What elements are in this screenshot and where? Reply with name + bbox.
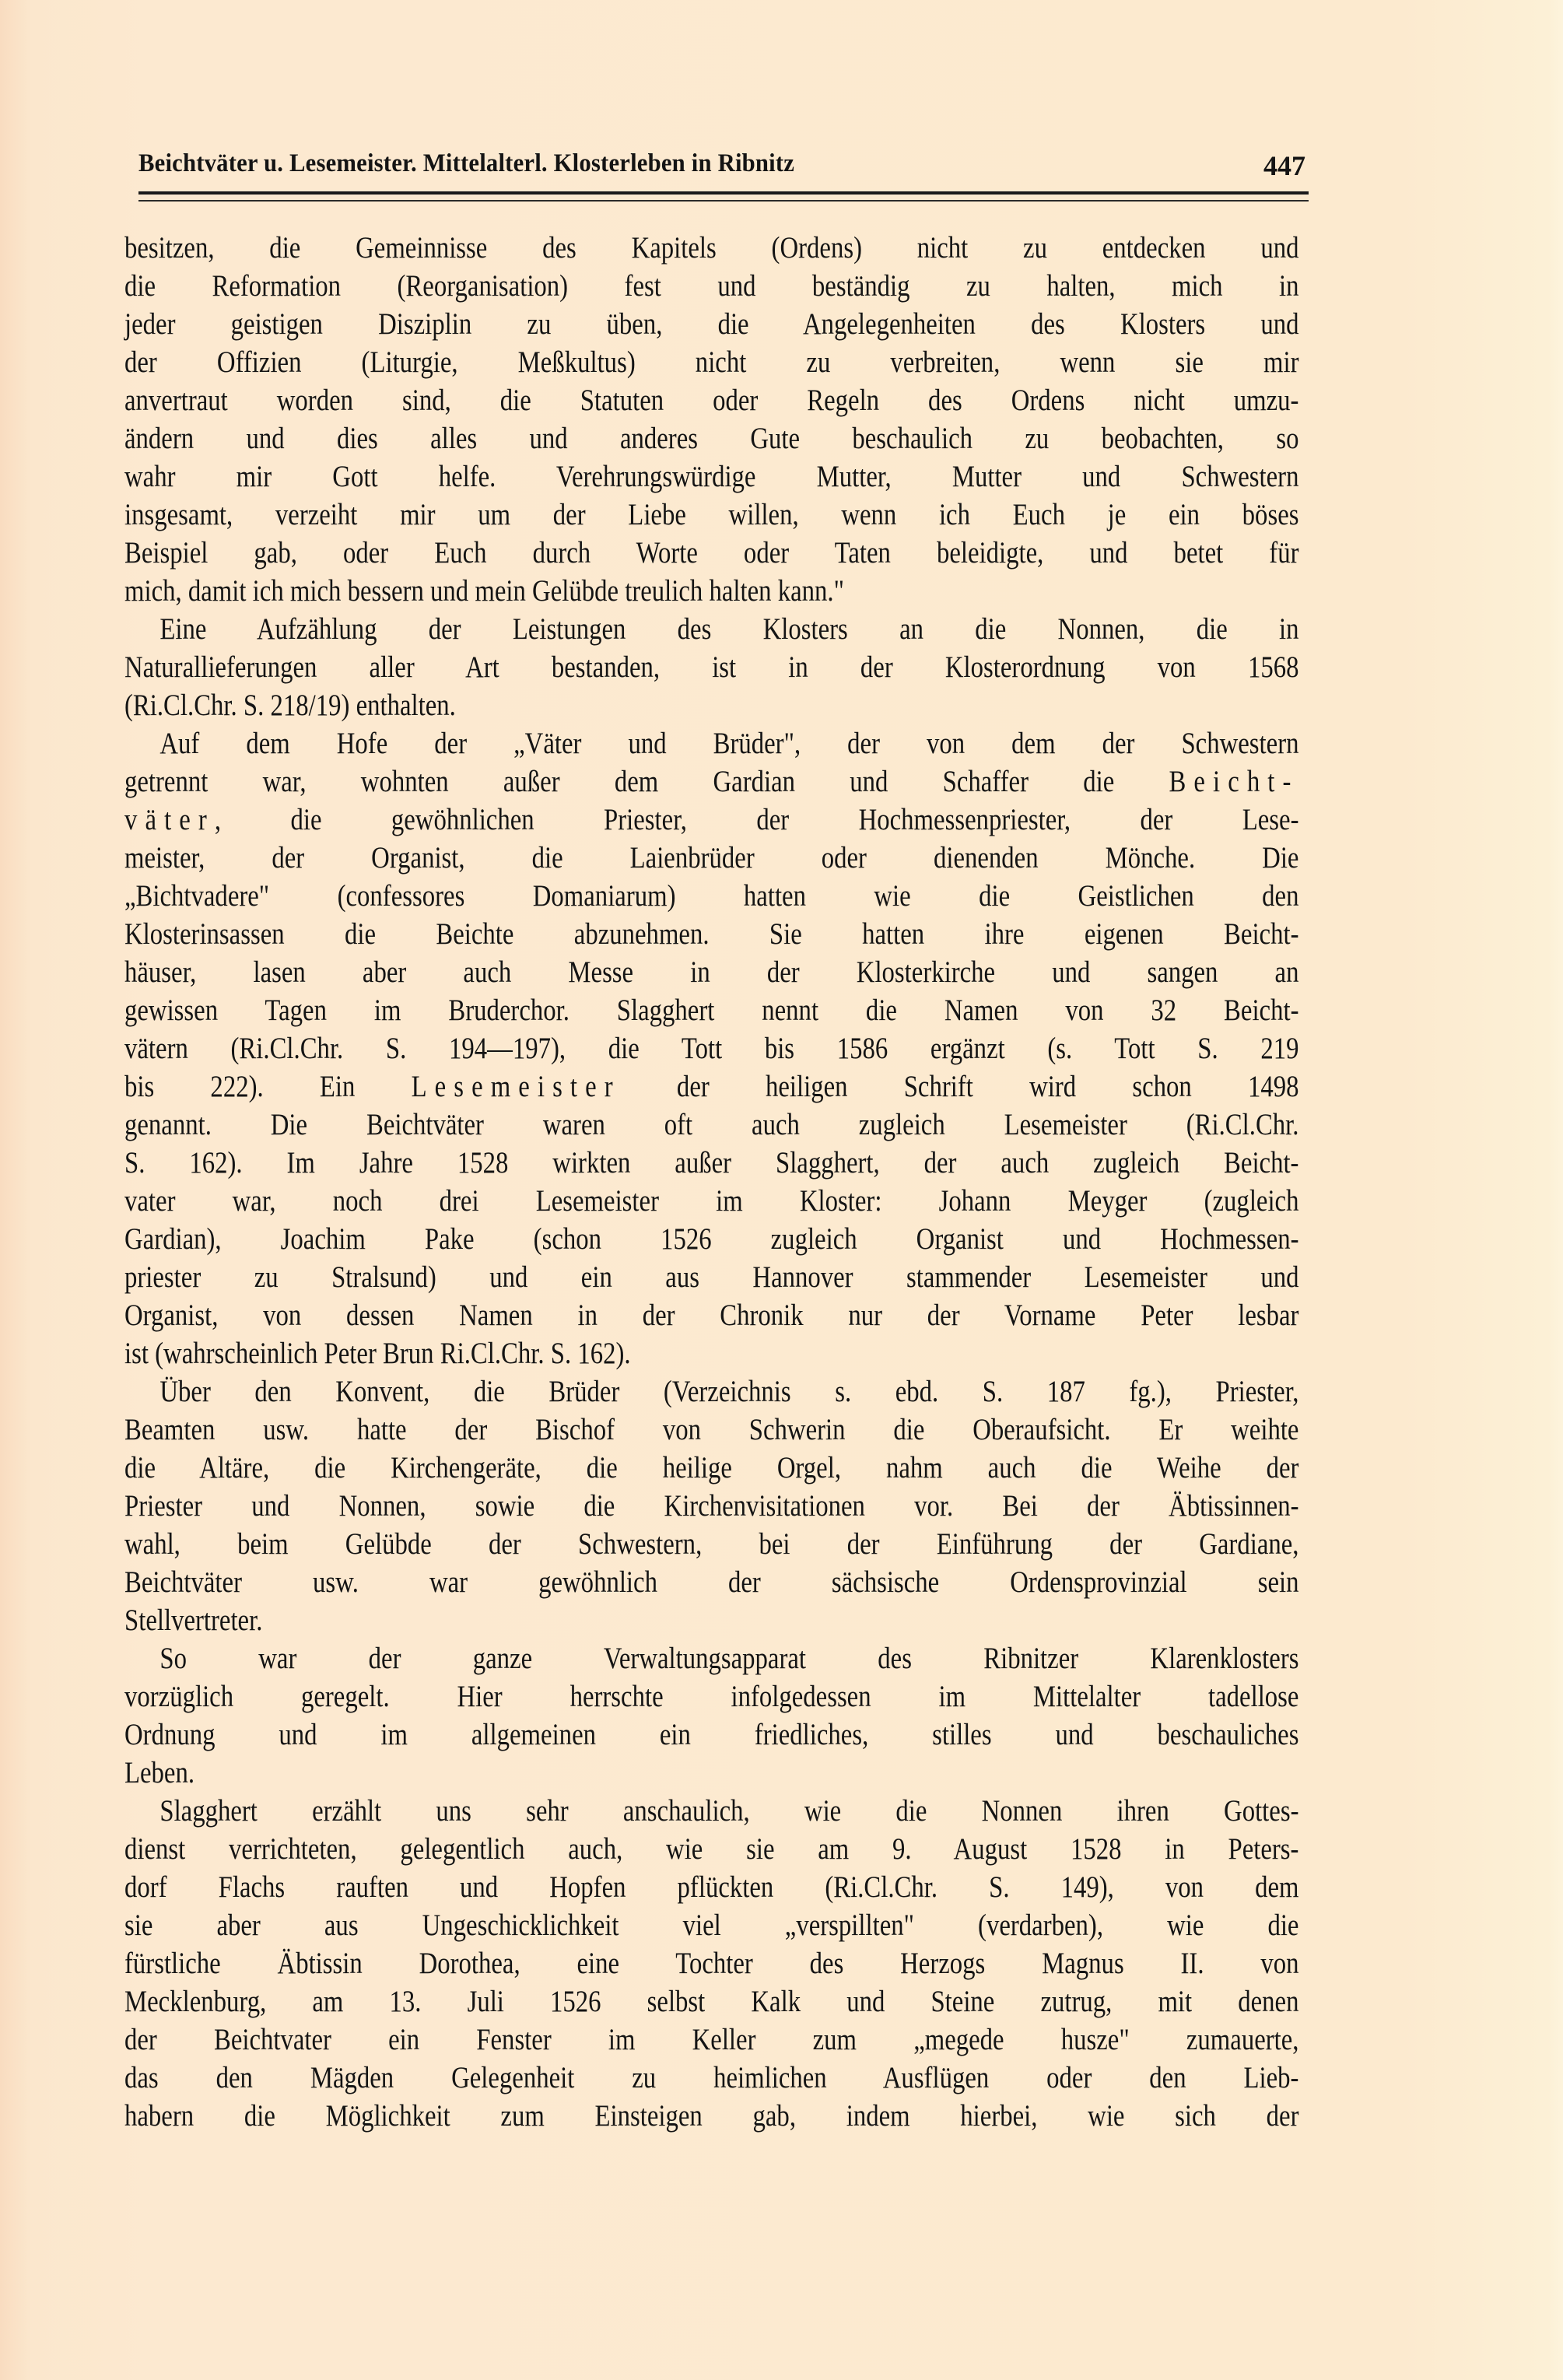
text-line: Gardian), Joachim Pake (schon 1526 zugle… — [124, 1220, 1298, 1258]
text-line: bis 222). Ein Lesemeister der heiligen S… — [124, 1067, 1298, 1106]
text-line: getrennt war, wohnten außer dem Gardian … — [124, 762, 1298, 801]
text-line: wahl, beim Gelübde der Schwestern, bei d… — [124, 1525, 1298, 1563]
text-line: Beichtväter usw. war gewöhnlich der säch… — [124, 1563, 1298, 1601]
header-rule-thick — [138, 191, 1309, 195]
text-line: die Reformation (Reorganisation) fest un… — [124, 267, 1298, 305]
text-line: Organist, von dessen Namen in der Chroni… — [124, 1296, 1298, 1334]
text-line: häuser, lasen aber auch Messe in der Klo… — [124, 953, 1298, 991]
text-line: Stellvertreter. — [124, 1601, 1298, 1639]
header-rule-thin — [138, 200, 1309, 202]
paragraph: Auf dem Hofe der „Väter und Brüder", der… — [124, 724, 1299, 1372]
text-line: Über den Konvent, die Brüder (Verzeichni… — [124, 1372, 1298, 1411]
text-line: dorf Flachs rauften und Hopfen pflückten… — [124, 1868, 1298, 1906]
text-line: Klosterinsassen die Beichte abzunehmen. … — [124, 915, 1298, 953]
text-line: vorzüglich geregelt. Hier herrschte info… — [124, 1677, 1298, 1716]
paragraph: Über den Konvent, die Brüder (Verzeichni… — [124, 1372, 1299, 1639]
text-line: wahr mir Gott helfe. Verehrungswürdige M… — [124, 457, 1298, 496]
text-line: Beamten usw. hatte der Bischof von Schwe… — [124, 1411, 1298, 1449]
text-line: vater war, noch drei Lesemeister im Klos… — [124, 1182, 1298, 1220]
text-line: So war der ganze Verwaltungsapparat des … — [124, 1639, 1298, 1677]
text-line: anvertraut worden sind, die Statuten ode… — [124, 381, 1298, 419]
emphasized-term: Lesemeister — [412, 1070, 621, 1103]
text-line: Auf dem Hofe der „Väter und Brüder", der… — [124, 724, 1298, 762]
body-text: besitzen, die Gemeinnisse des Kapitels (… — [124, 229, 1299, 2135]
paragraph: Slagghert erzählt uns sehr anschaulich, … — [124, 1792, 1299, 2135]
text-line: ändern und dies alles und anderes Gute b… — [124, 419, 1298, 457]
text-line: mich, damit ich mich bessern und mein Ge… — [124, 572, 1298, 610]
text-line: priester zu Stralsund) und ein aus Hanno… — [124, 1258, 1298, 1296]
text-line: vätern (Ri.Cl.Chr. S. 194—197), die Tott… — [124, 1029, 1298, 1067]
text-line: Slagghert erzählt uns sehr anschaulich, … — [124, 1792, 1298, 1830]
text-line: Naturallieferungen aller Art bestanden, … — [124, 648, 1298, 686]
page-number: 447 — [1263, 149, 1305, 182]
running-head: Beichtväter u. Lesemeister. Mittelalterl… — [138, 149, 1305, 188]
text-line: insgesamt, verzeiht mir um der Liebe wil… — [124, 496, 1298, 534]
text-line: „Bichtvadere" (confessores Domaniarum) h… — [124, 877, 1298, 915]
text-line: das den Mägden Gelegenheit zu heimlichen… — [124, 2059, 1298, 2097]
text-line: sie aber aus Ungeschicklichkeit viel „ve… — [124, 1906, 1298, 1944]
emphasized-term: Beicht- — [1169, 765, 1298, 798]
text-line: ist (wahrscheinlich Peter Brun Ri.Cl.Chr… — [124, 1334, 1298, 1372]
text-line: meister, der Organist, die Laienbrüder o… — [124, 839, 1298, 877]
text-line: der Beichtvater ein Fenster im Keller zu… — [124, 2021, 1298, 2059]
text-line: die Altäre, die Kirchengeräte, die heili… — [124, 1449, 1298, 1487]
text-line: Priester und Nonnen, sowie die Kirchenvi… — [124, 1487, 1298, 1525]
text-line: S. 162). Im Jahre 1528 wirkten außer Sla… — [124, 1144, 1298, 1182]
text-line: der Offizien (Liturgie, Meßkultus) nicht… — [124, 343, 1298, 381]
text-line: Beispiel gab, oder Euch durch Worte oder… — [124, 534, 1298, 572]
paragraph: Eine Aufzählung der Leistungen des Klost… — [124, 610, 1299, 724]
text-line: väter, die gewöhnlichen Priester, der Ho… — [124, 801, 1298, 839]
text-line: gewissen Tagen im Bruderchor. Slagghert … — [124, 991, 1298, 1029]
text-line: (Ri.Cl.Chr. S. 218/19) enthalten. — [124, 686, 1298, 724]
running-head-title: Beichtväter u. Lesemeister. Mittelalterl… — [138, 149, 794, 178]
book-page: Beichtväter u. Lesemeister. Mittelalterl… — [0, 0, 1563, 2380]
text-line: fürstliche Äbtissin Dorothea, eine Tocht… — [124, 1944, 1298, 1982]
text-line: Eine Aufzählung der Leistungen des Klost… — [124, 610, 1298, 648]
text-line: Ordnung und im allgemeinen ein friedlich… — [124, 1716, 1298, 1754]
text-line: genannt. Die Beichtväter waren oft auch … — [124, 1106, 1298, 1144]
text-line: dienst verrichteten, gelegentlich auch, … — [124, 1830, 1298, 1868]
emphasized-term: väter — [124, 803, 215, 836]
text-line: habern die Möglichkeit zum Einsteigen ga… — [124, 2097, 1298, 2135]
paragraph: besitzen, die Gemeinnisse des Kapitels (… — [124, 229, 1299, 610]
text-line: Mecklenburg, am 13. Juli 1526 selbst Kal… — [124, 1982, 1298, 2021]
text-line: jeder geistigen Disziplin zu üben, die A… — [124, 305, 1298, 343]
text-line: Leben. — [124, 1754, 1298, 1792]
paragraph: So war der ganze Verwaltungsapparat des … — [124, 1639, 1299, 1792]
text-line: besitzen, die Gemeinnisse des Kapitels (… — [124, 229, 1298, 267]
